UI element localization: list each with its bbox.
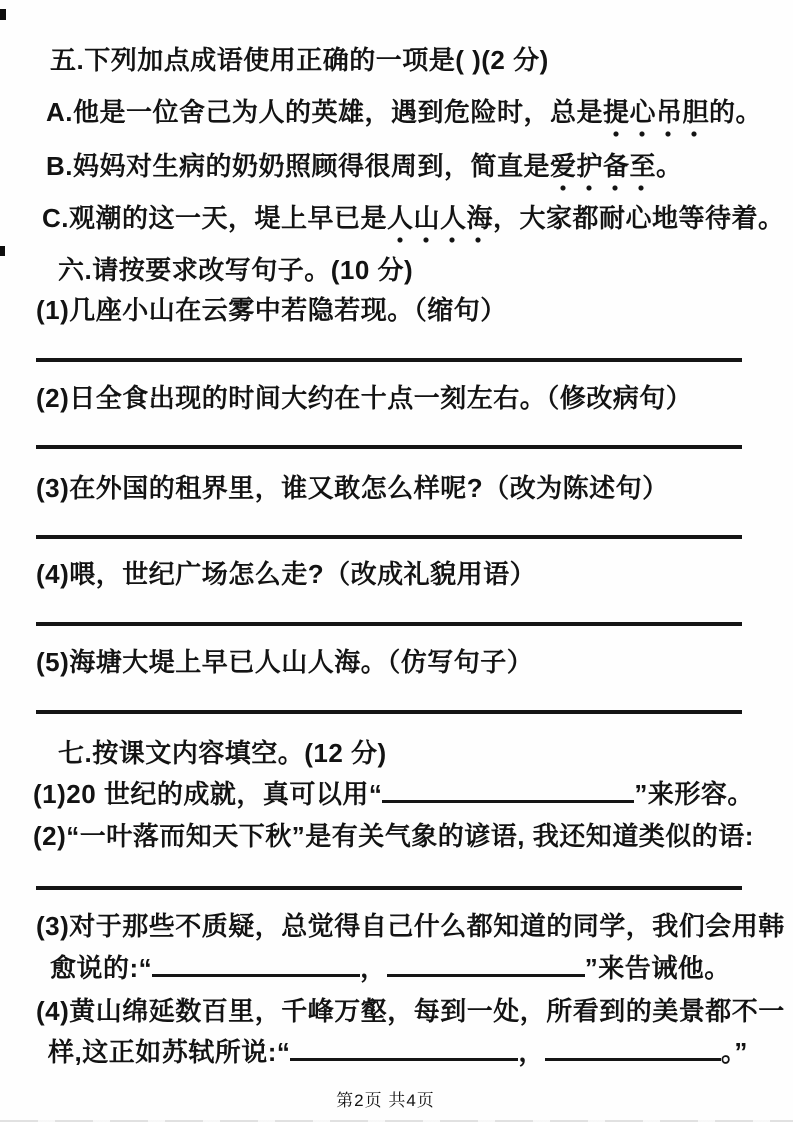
- answer-line-6-5[interactable]: [36, 710, 742, 714]
- question-7-1-text: (1)20 世纪的成就，真可以用“: [33, 779, 382, 809]
- question-7-3-tail: ”来告诫他。: [585, 953, 731, 983]
- answer-blank-7-4b[interactable]: [545, 1036, 721, 1061]
- question-6-3: (3)在外国的租界里，谁又敢怎么样呢?（改为陈述句）: [36, 472, 669, 505]
- question-7-4-line2: 样,这正如苏轼所说:“，。”: [48, 1036, 748, 1069]
- answer-blank-7-3b[interactable]: [387, 952, 585, 977]
- option-b-emphasized-idiom: 爱护备至: [550, 151, 656, 191]
- section6-title: 六.请按要求改写句子。(10 分): [58, 254, 413, 287]
- option-a-tail: 的。: [709, 97, 762, 127]
- question-6-1: (1)几座小山在云雾中若隐若现。（缩句）: [36, 294, 507, 327]
- answer-line-7-2[interactable]: [36, 886, 742, 890]
- option-c-tail: ，大家都耐心地等待着。: [493, 203, 785, 233]
- option-c: C.观潮的这一天，堤上早已是人山人海，大家都耐心地等待着。: [42, 202, 785, 235]
- question-7-1: (1)20 世纪的成就，真可以用“”来形容。: [33, 778, 754, 811]
- section5-title: 五.下列加点成语使用正确的一项是( )(2 分): [50, 44, 549, 77]
- question-6-2: (2)日全食出现的时间大约在十点一刻左右。（修改病句）: [36, 382, 692, 415]
- answer-blank-7-4a[interactable]: [290, 1036, 518, 1061]
- option-c-text: C.观潮的这一天，堤上早已是: [42, 203, 387, 233]
- option-b-tail: 。: [656, 151, 683, 181]
- answer-blank-7-1[interactable]: [382, 778, 634, 803]
- question-7-3-text: 愈说的:“: [50, 953, 152, 983]
- answer-line-6-2[interactable]: [36, 445, 742, 449]
- option-a: A.他是一位舍己为人的英雄，遇到危险时，总是提心吊胆的。: [46, 96, 762, 129]
- option-c-emphasized-idiom: 人山人海: [387, 203, 493, 243]
- question-7-4-comma: ，: [518, 1037, 545, 1067]
- option-a-text: A.他是一位舍己为人的英雄，遇到危险时，总是: [46, 97, 603, 127]
- question-7-3-line1: (3)对于那些不质疑，总觉得自己什么都知道的同学，我们会用韩: [36, 910, 785, 943]
- answer-line-6-3[interactable]: [36, 535, 742, 539]
- question-6-4: (4)喂，世纪广场怎么走?（改成礼貌用语）: [36, 558, 536, 591]
- scan-artifact: [0, 9, 6, 20]
- question-6-5: (5)海塘大堤上早已人山人海。（仿写句子）: [36, 646, 533, 679]
- exam-page: 五.下列加点成语使用正确的一项是( )(2 分) A.他是一位舍己为人的英雄，遇…: [0, 0, 793, 1122]
- answer-line-6-1[interactable]: [36, 358, 742, 362]
- answer-blank-7-3a[interactable]: [152, 952, 360, 977]
- section7-title: 七.按课文内容填空。(12 分): [58, 737, 387, 770]
- question-7-4-line1: (4)黄山绵延数百里，千峰万壑，每到一处，所看到的美景都不一: [36, 995, 785, 1028]
- question-7-2: (2)“一叶落而知天下秋”是有关气象的谚语, 我还知道类似的语:: [33, 820, 754, 853]
- page-number: 第2页 共4页: [0, 1086, 771, 1111]
- answer-line-6-4[interactable]: [36, 622, 742, 626]
- question-7-3-line2: 愈说的:“，”来告诫他。: [50, 952, 731, 985]
- scan-artifact: [0, 246, 5, 256]
- question-7-1-tail: ”来形容。: [634, 779, 754, 809]
- question-7-3-comma: ，: [360, 953, 387, 983]
- question-7-4-tail: 。”: [721, 1037, 748, 1067]
- question-7-4-text: 样,这正如苏轼所说:“: [48, 1037, 290, 1067]
- option-a-emphasized-idiom: 提心吊胆: [603, 97, 709, 137]
- option-b-text: B.妈妈对生病的奶奶照顾得很周到，简直是: [46, 151, 550, 181]
- option-b: B.妈妈对生病的奶奶照顾得很周到，简直是爱护备至。: [46, 150, 683, 183]
